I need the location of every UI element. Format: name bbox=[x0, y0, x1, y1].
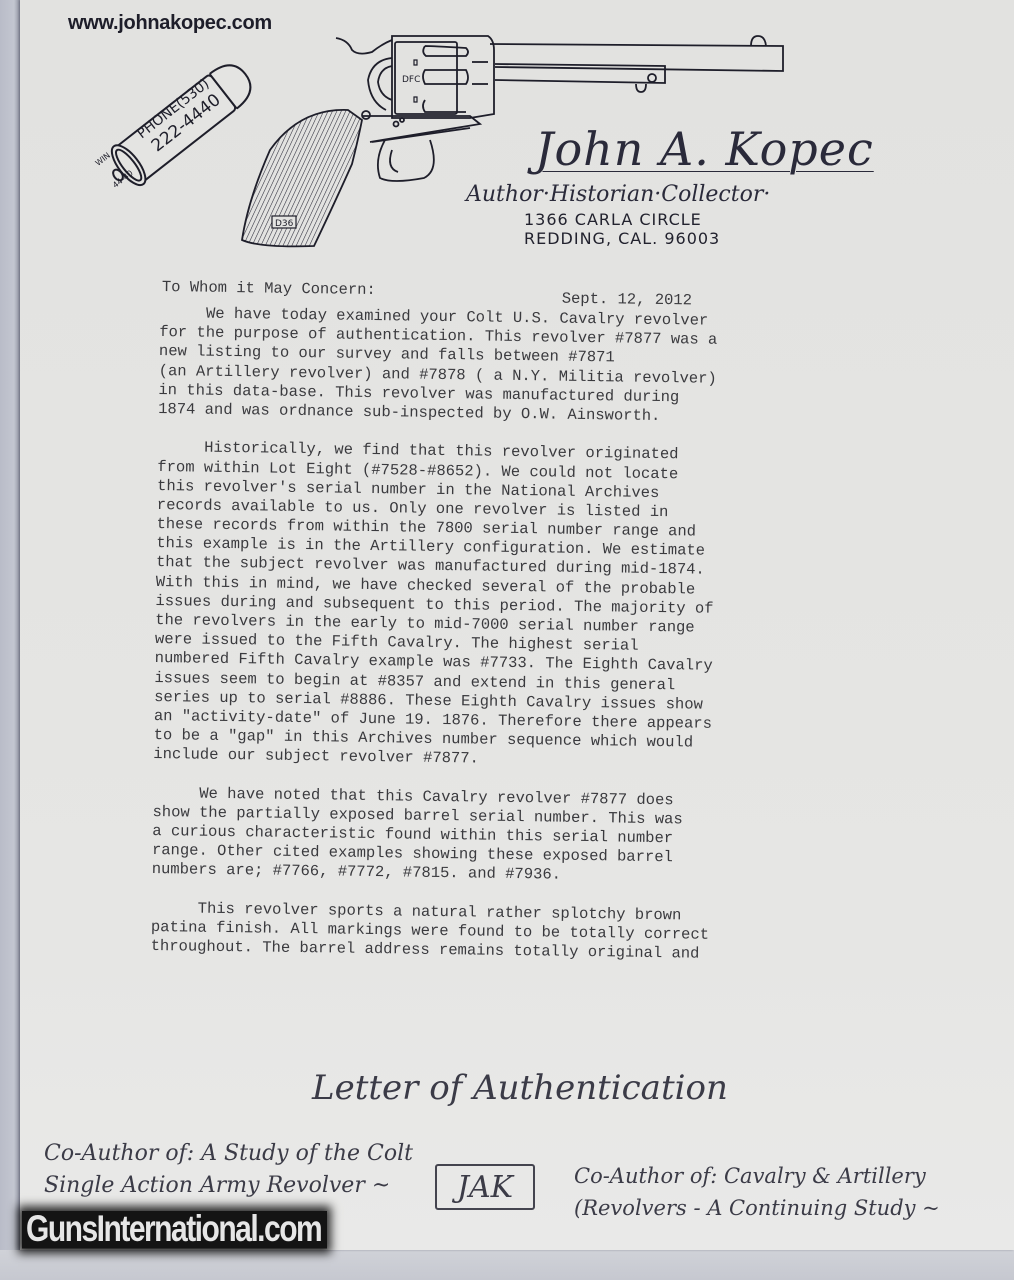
backdrop-bottom bbox=[0, 1250, 1014, 1280]
letter-paragraph: We have today examined your Colt U.S. Ca… bbox=[158, 304, 860, 429]
coauthor-right-line-1: Co-Author of: Cavalry & Artillery bbox=[574, 1160, 940, 1192]
letter-paragraph: We have noted that this Cavalry revolver… bbox=[152, 784, 853, 890]
salutation: To Whom it May Concern: bbox=[162, 278, 376, 300]
address-line-2: REDDING, CAL. 96003 bbox=[524, 229, 720, 248]
cartridge-headstamp-top: WIN bbox=[94, 151, 112, 168]
address-line-1: 1366 CARLA CIRCLE bbox=[524, 210, 720, 229]
coauthor-right-line-2: (Revolvers - A Continuing Study ~ bbox=[574, 1192, 940, 1224]
letter-date: Sept. 12, 2012 bbox=[562, 290, 692, 311]
watermark-logo: GunsInternational.com bbox=[22, 1211, 327, 1249]
letter-of-authentication-title: Letter of Authentication bbox=[312, 1068, 728, 1108]
letter-paragraph: This revolver sports a natural rather sp… bbox=[151, 899, 852, 966]
author-tagline: Author·Historian·Collector· bbox=[466, 182, 770, 207]
frame-marking: DFC bbox=[402, 75, 420, 85]
letter-paragraph: Historically, we find that this revolver… bbox=[153, 438, 857, 774]
letter-paragraphs: We have today examined your Colt U.S. Ca… bbox=[151, 304, 860, 966]
mailing-address: 1366 CARLA CIRCLE REDDING, CAL. 96003 bbox=[524, 210, 720, 248]
coauthor-credit-right: Co-Author of: Cavalry & Artillery (Revol… bbox=[574, 1160, 940, 1224]
grip-cartouche: D36 bbox=[275, 219, 294, 229]
author-signature: John A. Kopec bbox=[535, 122, 874, 176]
coauthor-left-line-1: Co-Author of: A Study of the Colt bbox=[44, 1138, 413, 1170]
coauthor-credit-left: Co-Author of: A Study of the Colt Single… bbox=[44, 1138, 413, 1202]
coauthor-left-line-2: Single Action Army Revolver ~ bbox=[44, 1170, 413, 1202]
letter-body: To Whom it May Concern: Sept. 12, 2012 W… bbox=[151, 278, 860, 966]
jak-monogram: JAK bbox=[435, 1164, 535, 1210]
